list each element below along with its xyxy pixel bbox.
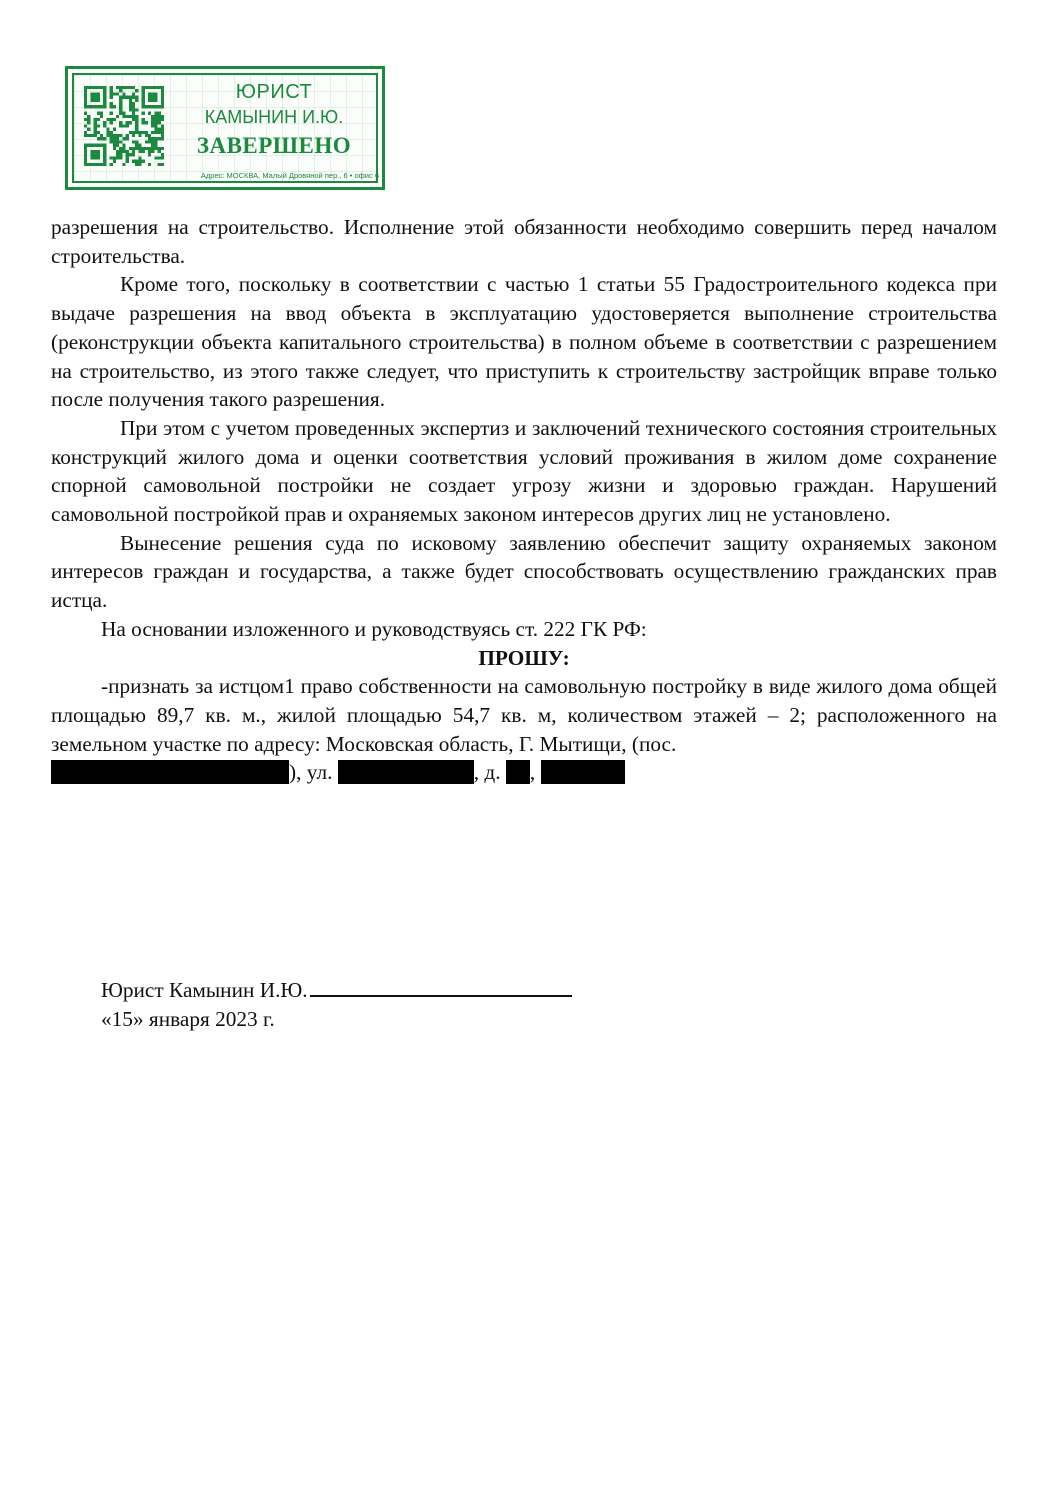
request-text-main: -признать за истцом1 право собственности… xyxy=(51,674,997,755)
request-comma: , xyxy=(530,760,535,784)
stamp-title: ЮРИСТ xyxy=(174,81,374,104)
paragraph-2: Кроме того, поскольку в соответствии с ч… xyxy=(51,270,997,414)
stamp-name: КАМЫНИН И.Ю. xyxy=(174,107,374,128)
request-street-label: ), ул. xyxy=(289,760,332,784)
document-page: ЮРИСТ КАМЫНИН И.Ю. ЗАВЕРШЕНО Адрес: МОСК… xyxy=(0,0,1061,1500)
stamp-address: Адрес: МОСКВА, Малый Дровяной пер., 6 • … xyxy=(174,171,379,180)
signature-line-row: Юрист Камынин И.Ю. xyxy=(101,975,572,1005)
lawyer-stamp: ЮРИСТ КАМЫНИН И.Ю. ЗАВЕРШЕНО Адрес: МОСК… xyxy=(65,66,385,190)
request-text: -признать за истцом1 право собственности… xyxy=(51,672,997,758)
redacted-street xyxy=(338,760,474,784)
signature-date: «15» января 2023 г. xyxy=(101,1005,572,1034)
stamp-inner-frame: ЮРИСТ КАМЫНИН И.Ю. ЗАВЕРШЕНО Адрес: МОСК… xyxy=(72,73,378,183)
signature-block: Юрист Камынин И.Ю. «15» января 2023 г. xyxy=(101,975,572,1033)
paragraph-1: разрешения на строительство. Исполнение … xyxy=(51,213,997,270)
document-body: разрешения на строительство. Исполнение … xyxy=(51,213,997,787)
stamp-status: ЗАВЕРШЕНО xyxy=(174,133,374,159)
request-heading: ПРОШУ: xyxy=(51,644,997,673)
paragraph-4: Вынесение решения суда по исковому заявл… xyxy=(51,529,997,615)
paragraph-3: При этом с учетом проведенных экспертиз … xyxy=(51,414,997,529)
redacted-house-number xyxy=(506,760,530,784)
signature-line xyxy=(310,975,572,997)
paragraph-5: На основании изложенного и руководствуяс… xyxy=(51,615,997,644)
signature-name: Юрист Камынин И.Ю. xyxy=(101,978,308,1002)
qr-code-icon xyxy=(84,85,164,167)
request-house-label: , д. xyxy=(474,760,501,784)
redacted-extra xyxy=(541,760,625,784)
redacted-settlement xyxy=(51,760,289,784)
request-address-line: ), ул. , д. , xyxy=(51,758,997,787)
